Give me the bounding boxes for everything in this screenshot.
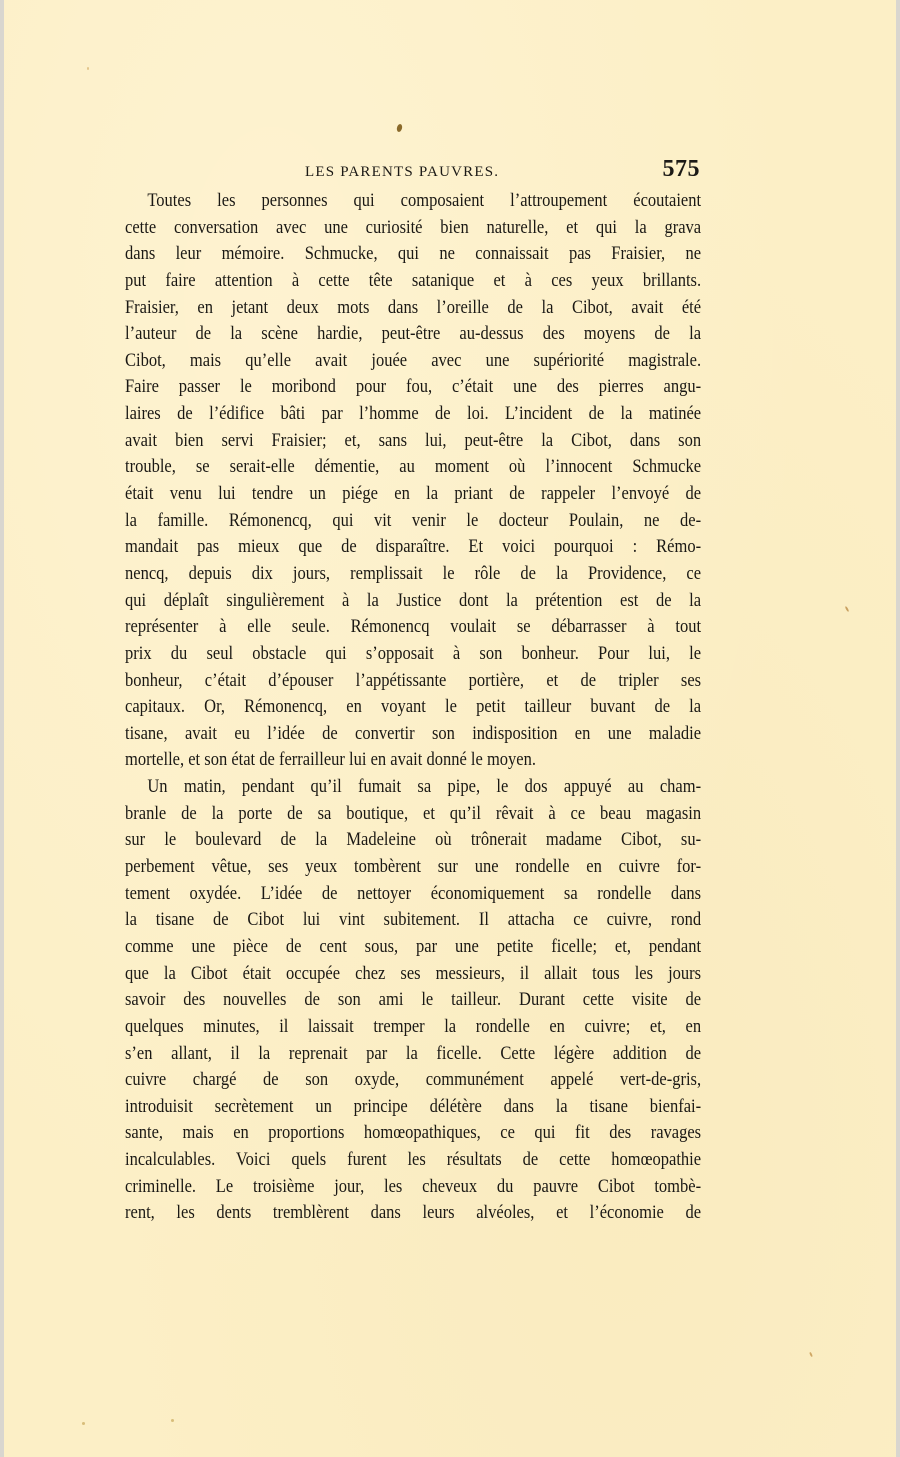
paragraph-2: Un matin, pendant qu’il fumait sa pipe, … (125, 774, 701, 1227)
text-line: la famille. Rémonencq, qui vit venir le … (125, 508, 701, 535)
text-line: Faire passer le moribond pour fou, c’éta… (125, 374, 701, 401)
paper-speck (809, 1352, 813, 1357)
text-line: mortelle, et son état de ferrailleur lui… (125, 747, 701, 774)
paper-speck (171, 1419, 174, 1422)
page-number: 575 (663, 156, 701, 183)
book-page: LES PARENTS PAUVRES. 575 Toutes les pers… (4, 0, 896, 1457)
text-line: qui déplaît singulièrement à la Justice … (125, 588, 701, 615)
text-line: Fraisier, en jetant deux mots dans l’ore… (125, 295, 701, 322)
text-line: incalculables. Voici quels furent les ré… (125, 1147, 701, 1174)
text-line: comme une pièce de cent sous, par une pe… (125, 934, 701, 961)
text-line: capitaux. Or, Rémonencq, en voyant le pe… (125, 694, 701, 721)
text-line: Un matin, pendant qu’il fumait sa pipe, … (125, 774, 701, 801)
text-line: que la Cibot était occupée chez ses mess… (125, 961, 701, 988)
text-line: l’auteur de la scène hardie, peut-être a… (125, 321, 701, 348)
paper-speck (87, 67, 89, 70)
text-line: cuivre chargé de son oxyde, communément … (125, 1067, 701, 1094)
text-line: introduisit secrètement un principe délé… (125, 1094, 701, 1121)
text-line: tisane, avait eu l’idée de convertir son… (125, 721, 701, 748)
text-line: put faire attention à cette tête sataniq… (125, 268, 701, 295)
text-line: la tisane de Cibot lui vint subitement. … (125, 907, 701, 934)
text-line: Toutes les personnes qui composaient l’a… (125, 188, 701, 215)
text-line: était venu lui tendre un piége en la pri… (125, 481, 701, 508)
text-line: perbement vêtue, ses yeux tombèrent sur … (125, 854, 701, 881)
text-line: avait bien servi Fraisier; et, sans lui,… (125, 428, 701, 455)
text-line: représenter à elle seule. Rémonencq voul… (125, 614, 701, 641)
text-line: bonheur, c’était d’épouser l’appétissant… (125, 668, 701, 695)
text-line: s’en allant, il la reprenait par la fice… (125, 1041, 701, 1068)
text-line: branle de la porte de sa boutique, et qu… (125, 801, 701, 828)
text-line: sante, mais en proportions homœopathique… (125, 1120, 701, 1147)
text-line: laires de l’édifice bâti par l’homme de … (125, 401, 701, 428)
paragraph-1: Toutes les personnes qui composaient l’a… (125, 188, 701, 774)
text-line: Cibot, mais qu’elle avait jouée avec une… (125, 348, 701, 375)
text-line: tement oxydée. L’idée de nettoyer économ… (125, 881, 701, 908)
text-line: cette conversation avec une curiosité bi… (125, 215, 701, 242)
text-line: mandait pas mieux que de disparaître. Et… (125, 534, 701, 561)
paper-speck (845, 606, 850, 612)
text-line: sur le boulevard de la Madeleine où trôn… (125, 827, 701, 854)
running-title: LES PARENTS PAUVRES. (305, 164, 499, 181)
text-line: criminelle. Le troisième jour, les cheve… (125, 1174, 701, 1201)
text-line: trouble, se serait-elle démentie, au mom… (125, 454, 701, 481)
text-line: savoir des nouvelles de son ami le taill… (125, 987, 701, 1014)
text-line: prix du seul obstacle qui s’opposait à s… (125, 641, 701, 668)
text-line: rent, les dents tremblèrent dans leurs a… (125, 1200, 701, 1227)
text-line: quelques minutes, il laissait tremper la… (125, 1014, 701, 1041)
text-line: dans leur mémoire. Schmucke, qui ne conn… (125, 241, 701, 268)
text-line: nencq, depuis dix jours, remplissait le … (125, 561, 701, 588)
running-head: LES PARENTS PAUVRES. 575 (125, 156, 700, 186)
ink-speck (396, 123, 403, 132)
body-text: Toutes les personnes qui composaient l’a… (125, 188, 701, 1227)
paper-speck (82, 1422, 85, 1425)
